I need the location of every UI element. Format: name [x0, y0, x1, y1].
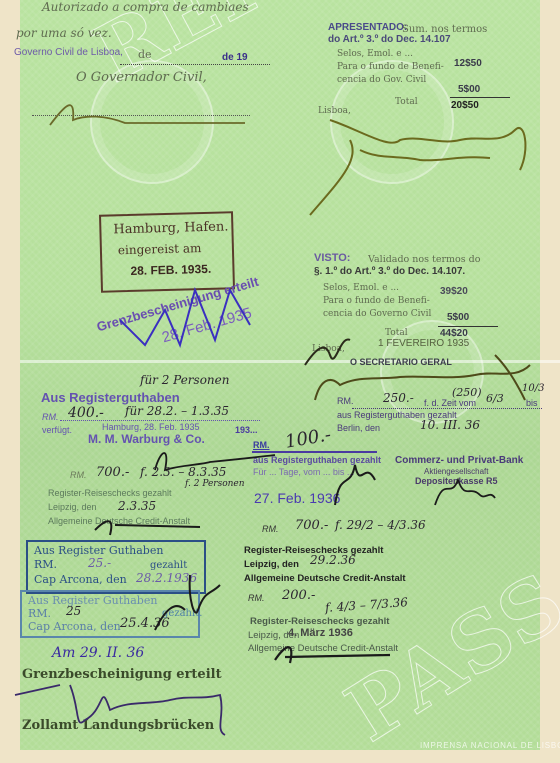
blue-zigzag-signature — [120, 270, 270, 350]
leipzig2-rm-value: 700.- — [295, 518, 328, 533]
berlin-place: Berlin, den — [337, 423, 380, 433]
leipzig1-signature — [90, 505, 210, 540]
passport-page: REPUBLICA PORTUGUESA PASSAPORTE Autoriza… — [0, 0, 560, 763]
commerz-date: 27. Feb. 1936 — [254, 490, 340, 506]
apresentado-fundo-amount: 5$00 — [458, 84, 480, 95]
apresentado-fundo1: Para o fundo de Benefi- — [337, 62, 444, 72]
warburg-rm-value: 400.- — [68, 405, 104, 421]
apresentado-selos-amount: 12$50 — [454, 58, 482, 69]
apresentado-fundo2: cencia do Gov. Civil — [337, 75, 426, 85]
visto-line2: §. 1.º do Art.º 3.º do Dec. 14.107. — [314, 266, 465, 277]
commerz-rm-label: RM. — [253, 440, 270, 450]
leipzig1-rm-value: 700.- — [96, 465, 129, 480]
zollamt-signature — [10, 670, 230, 740]
leipzig2-date: 29.2.36 — [310, 553, 356, 567]
berlin-to: 10/3 — [522, 383, 544, 394]
berlin-rm-label: RM. — [337, 396, 354, 406]
gov-civil-line2: por uma só vez. — [16, 26, 112, 40]
visto-line1: Validado nos termos do — [368, 254, 480, 265]
berlin-rm-value: 250.- — [383, 391, 414, 405]
warburg-verfuegt: verfügt. — [42, 425, 72, 435]
berlin-from: 6/3 — [486, 392, 504, 405]
gov-civil-place-stamp: Governo Civil de Lisboa, — [14, 47, 123, 58]
commerz-signature — [430, 470, 500, 510]
visto-fundo-amount: 5$00 — [447, 312, 469, 323]
printer-imprint: IMPRENSA NACIONAL DE LISBOA — [420, 741, 560, 750]
leipzig3-line1: Register-Reiseschecks gezahlt — [250, 616, 389, 627]
leipzig2-place: Leipzig, den — [244, 559, 299, 570]
leipzig2-rm-label: RM. — [262, 524, 279, 534]
apresentado-heading: APRESENTADO: — [328, 22, 407, 33]
leipzig1-persons: f. 2 Personen — [185, 479, 245, 489]
cap1-place: Cap Arcona, den — [34, 573, 127, 586]
leipzig2-bank: Allgemeine Deutsche Credit-Anstalt — [244, 573, 406, 584]
leipzig3-signature — [270, 635, 400, 670]
leipzig2-period: f. 29/2 – 4/3.36 — [335, 518, 426, 532]
warburg-heading: Aus Registerguthaben — [41, 390, 180, 405]
gov-civil-de: de — [138, 48, 152, 61]
apresentado-sum-line — [450, 97, 510, 98]
visto-selos: Selos, Emol. e ... — [323, 283, 399, 293]
gov-civil-line1: Autorizado a compra de cambiaes — [42, 0, 249, 14]
warburg-place-date: Hamburg, 28. Feb. 1935 — [102, 422, 200, 432]
leipzig1-rm-label: RM. — [70, 470, 87, 480]
warburg-period: für 28.2. – 1.3.35 — [125, 404, 229, 418]
visto-fundo1: Para o fundo de Benefi- — [323, 296, 430, 306]
gov-civil-date-line — [120, 64, 270, 65]
cap2-line1: Aus Register Guthaben — [28, 594, 157, 607]
cap2-rm-value: 25 — [66, 604, 81, 618]
gov-civil-year: de 19 — [222, 52, 248, 63]
gov-civil-signature — [45, 85, 245, 135]
warburg-rm-label: RM. — [42, 412, 59, 422]
commerz-bank: Commerz- und Privat-Bank — [395, 455, 523, 466]
visto-heading: VISTO: — [314, 252, 350, 264]
apresentado-line2: do Art.º 3.º do Dec. 14.107 — [328, 34, 451, 45]
berlin-date: 10. III. 36 — [420, 418, 480, 432]
hamburg-stamp-line2: eingereist am — [118, 241, 202, 257]
warburg-date-suffix: 193... — [235, 425, 258, 435]
cap2-rm-label: RM. — [28, 607, 51, 620]
berlin-dotted-line — [352, 408, 542, 409]
cap-arcona-signature — [150, 570, 230, 640]
consul-signature-lower — [300, 345, 540, 415]
warburg-handwritten-persons: für 2 Personen — [140, 373, 229, 387]
visto-sum-line — [438, 326, 498, 327]
zollamt-handwritten-date: Am 29. II. 36 — [52, 645, 144, 661]
cap1-rm-value: 25.- — [88, 556, 111, 570]
visto-total-label: Total — [385, 328, 408, 338]
visto-fundo2: cencia do Governo Civil — [323, 309, 431, 319]
leipzig1-line1: Register-Reiseschecks gezahlt — [48, 488, 172, 498]
leipzig3-rm-value: 200.- — [282, 588, 315, 603]
consul-signature-upper — [300, 100, 540, 230]
apresentado-selos: Selos, Emol. e ... — [337, 49, 413, 59]
leipzig3-rm-label: RM. — [248, 593, 265, 603]
visto-selos-amount: 39$20 — [440, 286, 468, 297]
hamburg-stamp-line1: Hamburg, Hafen. — [113, 219, 228, 237]
warburg-dotted-line — [60, 420, 260, 421]
gov-civil-title: O Governador Civil, — [76, 70, 207, 85]
berlin-zeit: f. d. Zeit vom — [424, 398, 476, 408]
cap1-rm-label: RM. — [34, 558, 57, 571]
berlin-bis: bis — [526, 398, 538, 408]
commerz-scribble — [330, 450, 380, 510]
cap2-place: Cap Arcona, den — [28, 620, 121, 633]
leipzig1-period: f. 2.3. – 8.3.35 — [140, 465, 226, 479]
